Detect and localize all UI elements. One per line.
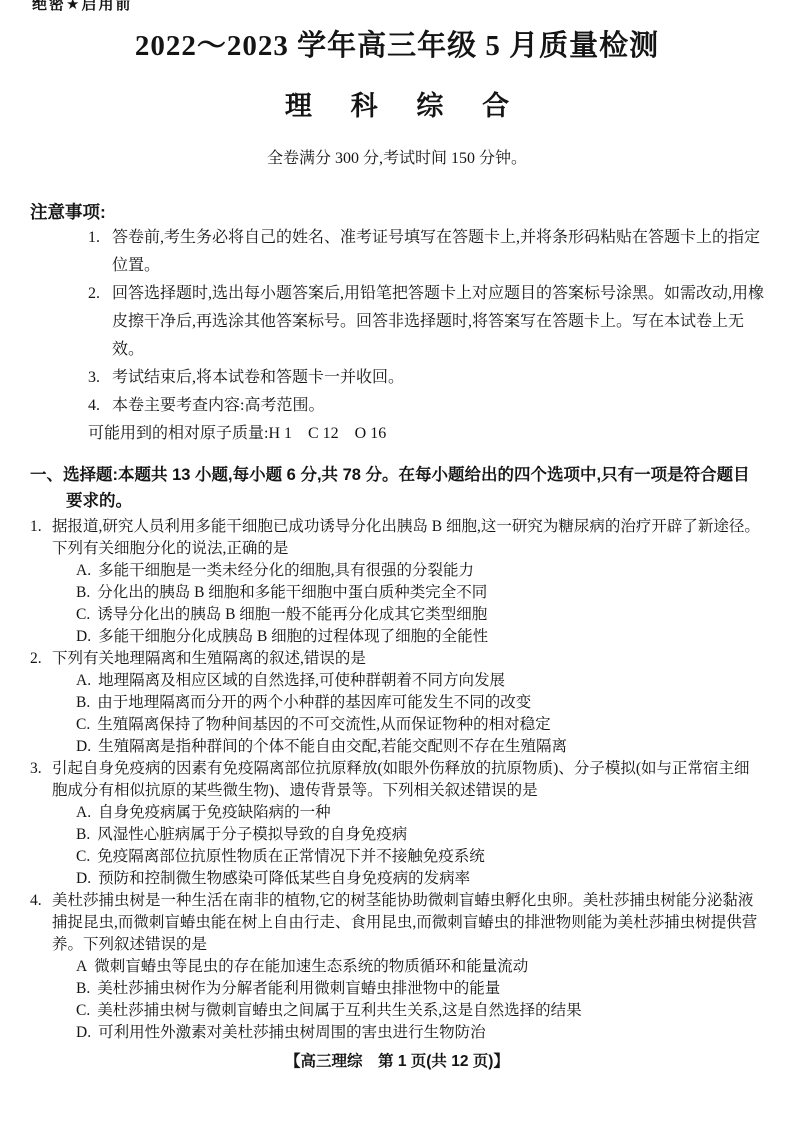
option-A: A.多能干细胞是一类未经分化的细胞,具有很强的分裂能力 <box>30 560 764 582</box>
option-label: C. <box>76 606 90 623</box>
option-text: 微刺盲蝽虫等昆虫的存在能加速生态系统的物质循环和能量流动 <box>94 958 528 975</box>
option-text: 分化出的胰岛 B 细胞和多能干细胞中蛋白质种类完全不同 <box>97 584 487 601</box>
notice-item-number: 1. <box>88 224 100 252</box>
notice-item-number: 3. <box>88 364 100 392</box>
option-text: 生殖隔离保持了物种间基因的不可交流性,从而保证物种的相对稳定 <box>97 716 550 733</box>
option-text: 自身免疫病属于免疫缺陷病的一种 <box>98 804 331 821</box>
option-label: C. <box>76 848 90 865</box>
option-text: 由于地理隔离而分开的两个小种群的基因库可能发生不同的改变 <box>97 694 531 711</box>
atomic-mass-note: 可能用到的相对原子质量:H 1 C 12 O 16 <box>30 420 764 448</box>
question-2: 2. 下列有关地理隔离和生殖隔离的叙述,错误的是 A.地理隔离及相应区域的自然选… <box>30 648 764 758</box>
option-label: D. <box>76 870 91 887</box>
option-label: D. <box>76 628 91 645</box>
option-label: C. <box>76 1002 90 1019</box>
option-D: D.预防和控制微生物感染可降低某些自身免疫病的发病率 <box>30 868 764 890</box>
question-number: 1. <box>30 516 42 538</box>
option-label: A. <box>76 804 91 821</box>
notice-item-text: 本卷主要考查内容:高考范围。 <box>112 397 324 414</box>
option-text: 地理隔离及相应区域的自然选择,可使种群朝着不同方向发展 <box>98 672 505 689</box>
option-label: D. <box>76 738 91 755</box>
question-number: 3. <box>30 758 42 780</box>
notice-item-text: 回答选择题时,选出每小题答案后,用铅笔把答题卡上对应题目的答案标号涂黑。如需改动… <box>112 285 764 358</box>
notice-item-number: 2. <box>88 280 100 308</box>
question-stem: 下列有关地理隔离和生殖隔离的叙述,错误的是 <box>30 648 764 670</box>
option-C: C.免疫隔离部位抗原性物质在正常情况下并不接触免疫系统 <box>30 846 764 868</box>
option-text: 多能干细胞是一类未经分化的细胞,具有很强的分裂能力 <box>98 562 474 579</box>
option-B: B.美杜莎捕虫树作为分解者能利用微刺盲蝽虫排泄物中的能量 <box>30 978 764 1000</box>
question-stem: 引起自身免疫病的因素有免疫隔离部位抗原释放(如眼外伤释放的抗原物质)、分子模拟(… <box>30 758 764 802</box>
option-D: D.生殖隔离是指种群间的个体不能自由交配,若能交配则不存在生殖隔离 <box>30 736 764 758</box>
question-3: 3. 引起自身免疫病的因素有免疫隔离部位抗原释放(如眼外伤释放的抗原物质)、分子… <box>30 758 764 890</box>
option-C: C.生殖隔离保持了物种间基因的不可交流性,从而保证物种的相对稳定 <box>30 714 764 736</box>
notice-heading: 注意事项: <box>30 200 764 224</box>
option-text: 诱导分化出的胰岛 B 细胞一般不能再分化成其它类型细胞 <box>97 606 487 623</box>
question-4: 4. 美杜莎捕虫树是一种生活在南非的植物,它的树茎能协助微刺盲蝽虫孵化虫卵。美杜… <box>30 890 764 1044</box>
option-text: 免疫隔离部位抗原性物质在正常情况下并不接触免疫系统 <box>97 848 485 865</box>
exam-info: 全卷满分 300 分,考试时间 150 分钟。 <box>30 145 764 168</box>
classification-label: 绝密★启用前 <box>32 0 764 11</box>
option-label: C. <box>76 716 90 733</box>
option-C: C.诱导分化出的胰岛 B 细胞一般不能再分化成其它类型细胞 <box>30 604 764 626</box>
section-heading: 一、选择题:本题共 13 小题,每小题 6 分,共 78 分。在每小题给出的四个… <box>30 462 764 514</box>
option-text: 生殖隔离是指种群间的个体不能自由交配,若能交配则不存在生殖隔离 <box>98 738 567 755</box>
question-number: 4. <box>30 890 42 912</box>
notice-item-3: 3. 考试结束后,将本试卷和答题卡一并收回。 <box>30 364 764 392</box>
option-C: C.美杜莎捕虫树与微刺盲蝽虫之间属于互利共生关系,这是自然选择的结果 <box>30 1000 764 1022</box>
question-list: 1. 据报道,研究人员利用多能干细胞已成功诱导分化出胰岛 B 细胞,这一研究为糖… <box>30 516 764 1044</box>
notice-item-2: 2. 回答选择题时,选出每小题答案后,用铅笔把答题卡上对应题目的答案标号涂黑。如… <box>30 280 764 364</box>
page-title: 2022～2023 学年高三年级 5 月质量检测 <box>30 23 764 64</box>
option-label: A <box>76 958 87 975</box>
option-text: 美杜莎捕虫树作为分解者能利用微刺盲蝽虫排泄物中的能量 <box>97 980 500 997</box>
option-A: A.地理隔离及相应区域的自然选择,可使种群朝着不同方向发展 <box>30 670 764 692</box>
question-stem: 美杜莎捕虫树是一种生活在南非的植物,它的树茎能协助微刺盲蝽虫孵化虫卵。美杜莎捕虫… <box>30 890 764 956</box>
notice-section: 注意事项: 1. 答卷前,考生务必将自己的姓名、准考证号填写在答题卡上,并将条形… <box>30 200 764 448</box>
question-stem: 据报道,研究人员利用多能干细胞已成功诱导分化出胰岛 B 细胞,这一研究为糖尿病的… <box>30 516 764 560</box>
notice-item-text: 考试结束后,将本试卷和答题卡一并收回。 <box>112 369 404 386</box>
option-text: 多能干细胞分化成胰岛 B 细胞的过程体现了细胞的全能性 <box>98 628 488 645</box>
option-B: B.由于地理隔离而分开的两个小种群的基因库可能发生不同的改变 <box>30 692 764 714</box>
option-text: 可利用性外激素对美杜莎捕虫树周围的害虫进行生物防治 <box>98 1024 486 1041</box>
subject-title: 理 科 综 合 <box>30 84 764 123</box>
classification-label-clip: 绝密★启用前 <box>32 0 764 11</box>
question-1: 1. 据报道,研究人员利用多能干细胞已成功诱导分化出胰岛 B 细胞,这一研究为糖… <box>30 516 764 648</box>
option-label: A. <box>76 672 91 689</box>
option-A: A.自身免疫病属于免疫缺陷病的一种 <box>30 802 764 824</box>
question-number: 2. <box>30 648 42 670</box>
option-text: 美杜莎捕虫树与微刺盲蝽虫之间属于互利共生关系,这是自然选择的结果 <box>97 1002 581 1019</box>
exam-page: 绝密★启用前 2022～2023 学年高三年级 5 月质量检测 理 科 综 合 … <box>0 0 794 1123</box>
notice-item-number: 4. <box>88 392 100 420</box>
option-label: B. <box>76 980 90 997</box>
page-footer: 【高三理综 第 1 页(共 12 页)】 <box>30 1049 764 1071</box>
option-label: B. <box>76 826 90 843</box>
option-label: D. <box>76 1024 91 1041</box>
option-text: 预防和控制微生物感染可降低某些自身免疫病的发病率 <box>98 870 470 887</box>
option-D: D.多能干细胞分化成胰岛 B 细胞的过程体现了细胞的全能性 <box>30 626 764 648</box>
option-A: A微刺盲蝽虫等昆虫的存在能加速生态系统的物质循环和能量流动 <box>30 956 764 978</box>
option-B: B.风湿性心脏病属于分子模拟导致的自身免疫病 <box>30 824 764 846</box>
notice-item-1: 1. 答卷前,考生务必将自己的姓名、准考证号填写在答题卡上,并将条形码粘贴在答题… <box>30 224 764 280</box>
notice-item-text: 答卷前,考生务必将自己的姓名、准考证号填写在答题卡上,并将条形码粘贴在答题卡上的… <box>112 229 760 274</box>
notice-item-4: 4. 本卷主要考查内容:高考范围。 <box>30 392 764 420</box>
option-label: B. <box>76 694 90 711</box>
option-label: B. <box>76 584 90 601</box>
option-D: D.可利用性外激素对美杜莎捕虫树周围的害虫进行生物防治 <box>30 1022 764 1044</box>
option-text: 风湿性心脏病属于分子模拟导致的自身免疫病 <box>97 826 407 843</box>
option-label: A. <box>76 562 91 579</box>
option-B: B.分化出的胰岛 B 细胞和多能干细胞中蛋白质种类完全不同 <box>30 582 764 604</box>
